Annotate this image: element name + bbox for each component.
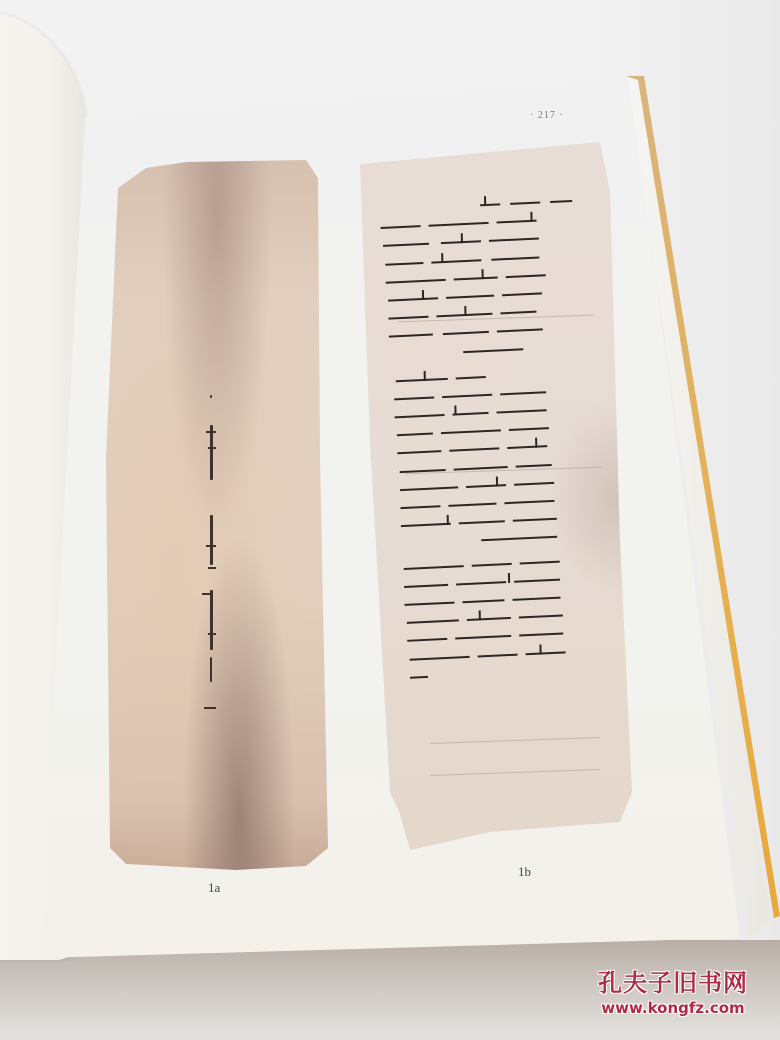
plate-1b-script: [380, 189, 631, 740]
plate-1b-caption: 1b: [518, 864, 531, 880]
watermark-url: www.kongfz.com: [578, 998, 768, 1018]
watermark: 孔夫子旧书网 www.kongfz.com: [578, 968, 768, 1018]
watermark-title: 孔夫子旧书网: [578, 968, 768, 998]
plate-1a-script: [206, 395, 226, 725]
plate-1a-caption: 1a: [208, 880, 220, 896]
book-photo: · 217 ·: [0, 0, 780, 1040]
page-number: · 217 ·: [530, 110, 564, 121]
